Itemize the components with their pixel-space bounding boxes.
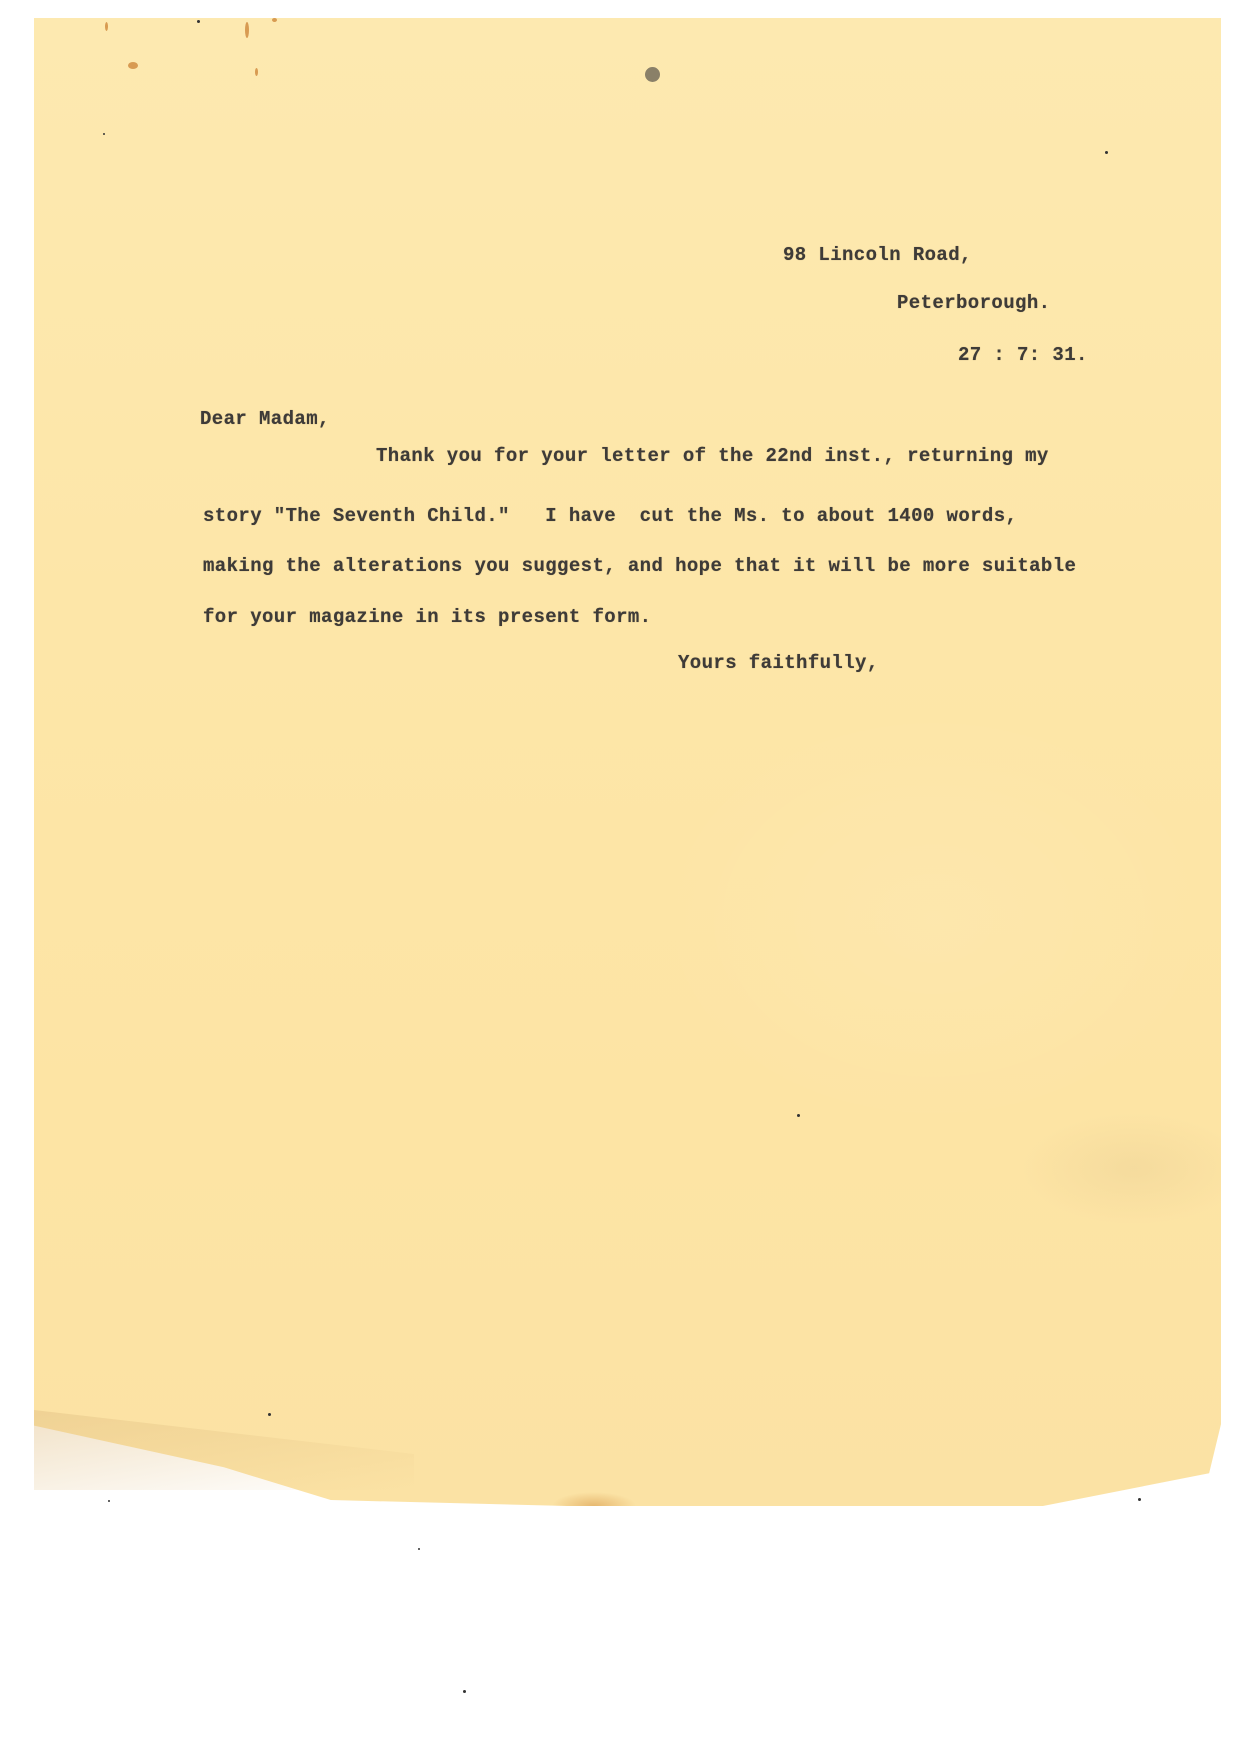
letter-paper <box>34 18 1221 1506</box>
ink-smudge <box>645 67 660 82</box>
sender-address-line2: Peterborough. <box>897 292 1050 314</box>
rust-stain <box>128 62 138 69</box>
speck <box>463 1690 466 1693</box>
sender-address-line1: 98 Lincoln Road, <box>783 244 972 266</box>
rust-stain <box>245 22 249 38</box>
body-line-2: story "The Seventh Child." I have cut th… <box>203 505 1017 527</box>
speck <box>797 1114 800 1117</box>
rust-stain <box>105 22 108 31</box>
body-line-1: Thank you for your letter of the 22nd in… <box>376 445 1049 467</box>
speck <box>1105 151 1108 154</box>
body-line-4: for your magazine in its present form. <box>203 606 651 628</box>
speck <box>108 1500 110 1502</box>
salutation: Dear Madam, <box>200 408 330 430</box>
speck <box>268 1413 271 1416</box>
closing: Yours faithfully, <box>678 652 879 674</box>
speck <box>197 20 200 23</box>
speck <box>103 133 105 135</box>
speck <box>1138 1498 1141 1501</box>
speck <box>418 1548 420 1550</box>
letter-date: 27 : 7: 31. <box>958 344 1088 366</box>
body-line-3: making the alterations you suggest, and … <box>203 555 1076 577</box>
rust-stain <box>255 68 258 76</box>
rust-stain <box>272 18 277 22</box>
